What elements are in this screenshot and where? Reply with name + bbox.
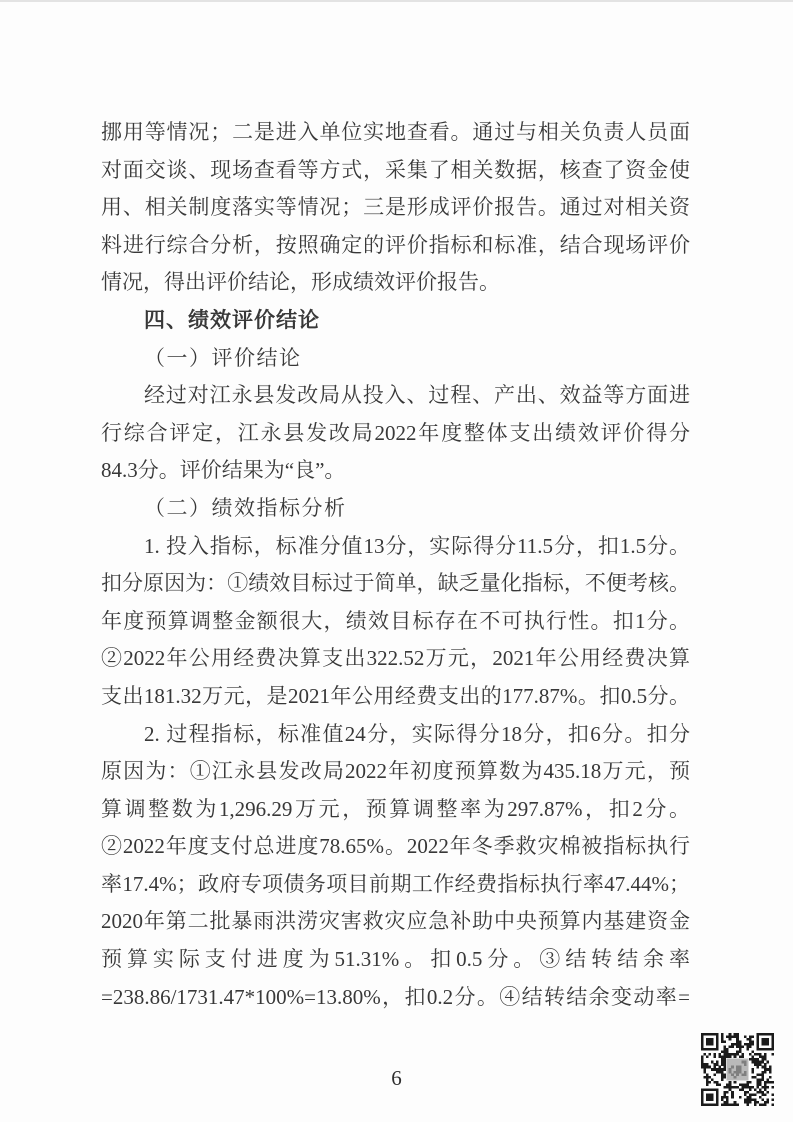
text-line: 对面交谈、现场查看等方式，采集了相关数据，核查了资金使 [101, 152, 690, 190]
text-line: 1. 投入指标，标准分值13分，实际得分11.5分，扣1.5分。 [101, 528, 690, 566]
text-line: （一）评价结论 [101, 340, 690, 378]
body-paragraph: 经过对江永县发改局从投入、过程、产出、效益等方面进行综合评定，江永县发改局202… [101, 377, 690, 490]
text-line: （二）绩效指标分析 [101, 490, 690, 528]
text-line: 挪用等情况；二是进入单位实地查看。通过与相关负责人员面 [101, 114, 690, 152]
text-line: 率17.4%；政府专项债务项目前期工作经费指标执行率47.44%； [101, 866, 690, 904]
text-line: ②2022年公用经费决算支出322.52万元，2021年公用经费决算 [101, 640, 690, 678]
qr-code-image [701, 1033, 774, 1106]
body-paragraph: 2. 过程指标，标准值24分，实际得分18分，扣6分。扣分原因为：①江永县发改局… [101, 716, 690, 1017]
text-line: 2020年第二批暴雨洪涝灾害救灾应急补助中央预算内基建资金 [101, 903, 690, 941]
text-line: 扣分原因为：①绩效目标过于简单，缺乏量化指标，不便考核。 [101, 565, 690, 603]
text-line: ②2022年度支付总进度78.65%。2022年冬季救灾棉被指标执行 [101, 828, 690, 866]
document-page: 挪用等情况；二是进入单位实地查看。通过与相关负责人员面对面交谈、现场查看等方式，… [0, 0, 793, 1122]
subsection-heading: （一）评价结论 [101, 340, 690, 378]
text-line: =238.86/1731.47*100%=13.80%，扣0.2分。④结转结余变… [101, 979, 690, 1017]
section-heading: 四、绩效评价结论 [101, 302, 690, 340]
text-line: 支出181.32万元，是2021年公用经费支出的177.87%。扣0.5分。 [101, 678, 690, 716]
text-line: 2. 过程指标，标准值24分，实际得分18分，扣6分。扣分 [101, 716, 690, 754]
page-footer: 6 [0, 1066, 793, 1091]
page-number: 6 [391, 1066, 402, 1090]
body-paragraph: 1. 投入指标，标准分值13分，实际得分11.5分，扣1.5分。扣分原因为：①绩… [101, 528, 690, 716]
text-line: 84.3分。评价结果为“良”。 [101, 452, 690, 490]
text-line: 行综合评定，江永县发改局2022年度整体支出绩效评价得分 [101, 415, 690, 453]
text-line: 经过对江永县发改局从投入、过程、产出、效益等方面进 [101, 377, 690, 415]
text-line: 算调整数为1,296.29万元，预算调整率为297.87%，扣2分。 [101, 791, 690, 829]
scan-edge-line [0, 0, 793, 2]
body-paragraph: 挪用等情况；二是进入单位实地查看。通过与相关负责人员面对面交谈、现场查看等方式，… [101, 114, 690, 302]
report-text: 挪用等情况；二是进入单位实地查看。通过与相关负责人员面对面交谈、现场查看等方式，… [101, 114, 690, 1016]
text-line: 四、绩效评价结论 [101, 302, 690, 340]
text-line: 预算实际支付进度为51.31%。扣0.5分。③结转结余率 [101, 941, 690, 979]
qr-code [701, 1033, 774, 1106]
text-line: 情况，得出评价结论，形成绩效评价报告。 [101, 264, 690, 302]
text-line: 年度预算调整金额很大，绩效目标存在不可执行性。扣1分。 [101, 603, 690, 641]
text-line: 原因为：①江永县发改局2022年初度预算数为435.18万元，预 [101, 753, 690, 791]
text-line: 用、相关制度落实等情况；三是形成评价报告。通过对相关资 [101, 189, 690, 227]
text-line: 料进行综合分析，按照确定的评价指标和标准，结合现场评价 [101, 227, 690, 265]
subsection-heading: （二）绩效指标分析 [101, 490, 690, 528]
